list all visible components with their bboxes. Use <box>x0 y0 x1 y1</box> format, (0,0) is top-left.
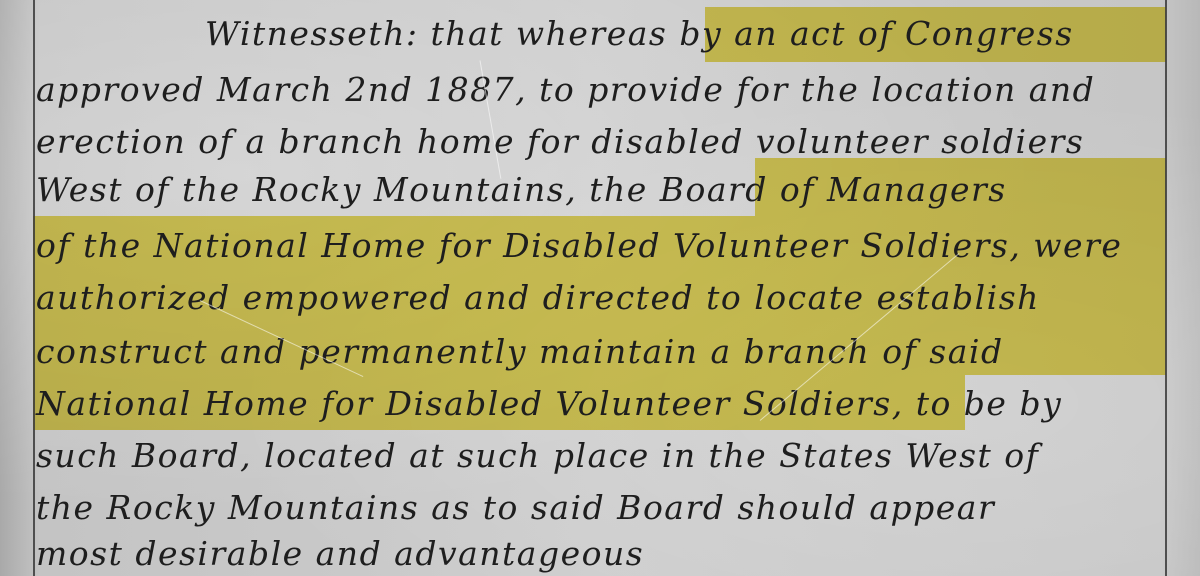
manuscript-line-4: West of the Rocky Mountains, the Board o… <box>36 170 1007 210</box>
left-margin-rule <box>33 0 35 576</box>
right-margin-rule <box>1165 0 1167 576</box>
manuscript-line-11: most desirable and advantageous <box>36 534 644 574</box>
manuscript-line-1: Witnesseth: that whereas by an act of Co… <box>205 14 1074 54</box>
manuscript-line-10: the Rocky Mountains as to said Board sho… <box>36 488 995 528</box>
manuscript-line-8: National Home for Disabled Volunteer Sol… <box>36 384 1062 424</box>
manuscript-line-3: erection of a branch home for disabled v… <box>36 122 1084 162</box>
manuscript-line-2: approved March 2nd 1887, to provide for … <box>36 70 1095 110</box>
manuscript-line-5: of the National Home for Disabled Volunt… <box>36 226 1122 266</box>
manuscript-page: Witnesseth: that whereas by an act of Co… <box>0 0 1200 576</box>
manuscript-line-9: such Board, located at such place in the… <box>36 436 1039 476</box>
